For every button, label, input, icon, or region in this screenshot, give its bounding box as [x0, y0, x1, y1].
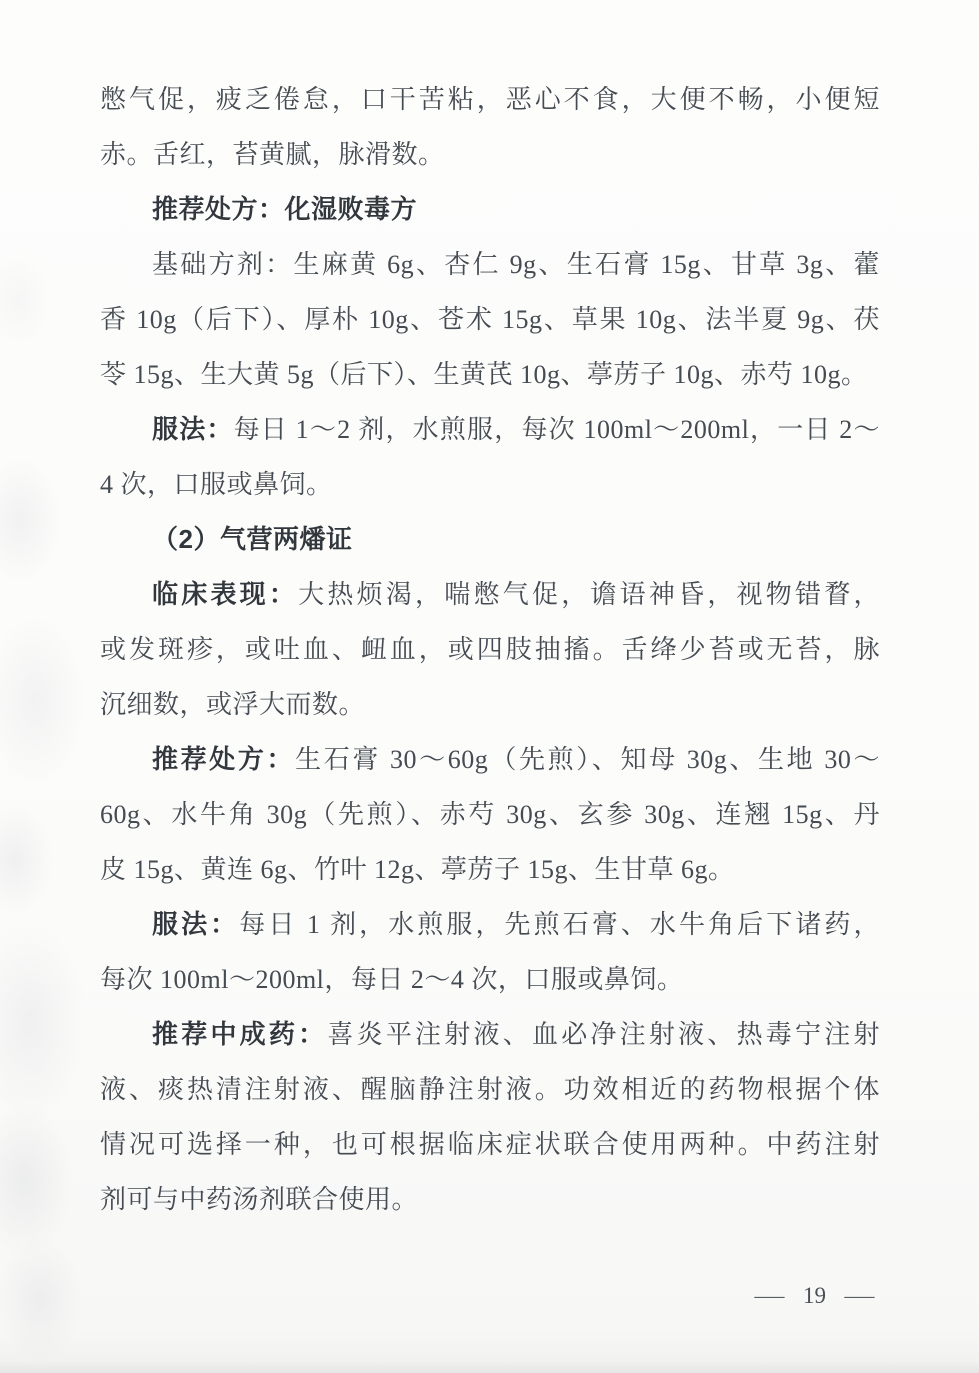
text-line: （2）气营两燔证 [100, 512, 880, 567]
text-segment: 每日 1 剂，水煎服，先煎石膏、水牛角后下诸药， [239, 910, 880, 939]
text-line: 情况可选择一种，也可根据临床症状联合使用两种。中药注射 [100, 1117, 880, 1172]
footer-dash-right: — [845, 1283, 875, 1309]
text-line: 推荐处方：生石膏 30～60g（先煎）、知母 30g、生地 30～ [100, 732, 880, 787]
text-line: 推荐处方：化湿败毒方 [100, 182, 880, 237]
text-segment: 苓 15g、生大黄 5g（后下）、生黄芪 10g、葶苈子 10g、赤芍 10g。 [100, 360, 868, 389]
text-segment: 大热烦渴，喘憋气促，谵语神昏，视物错瞀， [298, 580, 880, 609]
text-segment: 4 次，口服或鼻饲。 [100, 470, 333, 499]
text-segment: 沉细数，或浮大而数。 [100, 690, 365, 719]
paragraph-recommended-prescription-2: 推荐处方：生石膏 30～60g（先煎）、知母 30g、生地 30～60g、水牛角… [100, 732, 880, 897]
bold-label: 推荐处方：化湿败毒方 [152, 194, 417, 224]
text-line: 剂可与中药汤剂联合使用。 [100, 1172, 880, 1227]
text-segment: 每次 100ml～200ml，每日 2～4 次，口服或鼻饲。 [100, 965, 683, 994]
page-number: 19 [803, 1283, 826, 1309]
bold-label: 临床表现： [152, 579, 298, 609]
text-segment: 情况可选择一种，也可根据临床症状联合使用两种。中药注射 [100, 1130, 880, 1159]
text-segment: 喜炎平注射液、血必净注射液、热毒宁注射 [327, 1020, 880, 1049]
paragraph-base-formula: 基础方剂：生麻黄 6g、杏仁 9g、生石膏 15g、甘草 3g、藿香 10g（后… [100, 237, 880, 402]
text-segment: 基础方剂：生麻黄 6g、杏仁 9g、生石膏 15g、甘草 3g、藿 [152, 250, 880, 279]
bold-label: 推荐中成药： [152, 1019, 327, 1049]
text-line: 赤。舌红，苔黄腻，脉滑数。 [100, 127, 880, 182]
text-line: 憋气促，疲乏倦怠，口干苦粘，恶心不食，大便不畅，小便短 [100, 72, 880, 127]
page-bottom-edge-shadow [0, 1361, 979, 1373]
bold-label: 推荐处方： [152, 744, 295, 774]
page-footer: — 19 — [758, 1283, 871, 1309]
paragraph-recommended-patent-medicines: 推荐中成药：喜炎平注射液、血必净注射液、热毒宁注射液、痰热清注射液、醒脑静注射液… [100, 1007, 880, 1227]
footer-dash-left: — [755, 1283, 785, 1309]
paragraph-section-heading-qiying-liangfan: （2）气营两燔证 [100, 512, 880, 567]
bold-label: （2）气营两燔证 [152, 524, 352, 554]
text-line: 60g、水牛角 30g（先煎）、赤芍 30g、玄参 30g、连翘 15g、丹 [100, 787, 880, 842]
text-line: 或发斑疹，或吐血、衄血，或四肢抽搐。舌绛少苔或无苔，脉 [100, 622, 880, 677]
text-segment: 生石膏 30～60g（先煎）、知母 30g、生地 30～ [295, 745, 880, 774]
text-segment: 60g、水牛角 30g（先煎）、赤芍 30g、玄参 30g、连翘 15g、丹 [100, 800, 880, 829]
paragraph-administration-method-2: 服法：每日 1 剂，水煎服，先煎石膏、水牛角后下诸药，每次 100ml～200m… [100, 897, 880, 1007]
text-line: 沉细数，或浮大而数。 [100, 677, 880, 732]
paragraph-clinical-symptoms-continued: 憋气促，疲乏倦怠，口干苦粘，恶心不食，大便不畅，小便短赤。舌红，苔黄腻，脉滑数。 [100, 72, 880, 182]
text-line: 苓 15g、生大黄 5g（后下）、生黄芪 10g、葶苈子 10g、赤芍 10g。 [100, 347, 880, 402]
text-segment: 赤。舌红，苔黄腻，脉滑数。 [100, 140, 445, 169]
paragraph-clinical-manifestations: 临床表现：大热烦渴，喘憋气促，谵语神昏，视物错瞀，或发斑疹，或吐血、衄血，或四肢… [100, 567, 880, 732]
text-line: 每次 100ml～200ml，每日 2～4 次，口服或鼻饲。 [100, 952, 880, 1007]
text-segment: 香 10g（后下）、厚朴 10g、苍术 15g、草果 10g、法半夏 9g、茯 [100, 305, 880, 334]
text-line: 服法：每日 1 剂，水煎服，先煎石膏、水牛角后下诸药， [100, 897, 880, 952]
paragraph-recommended-prescription-huashibaidu-heading: 推荐处方：化湿败毒方 [100, 182, 880, 237]
text-line: 香 10g（后下）、厚朴 10g、苍术 15g、草果 10g、法半夏 9g、茯 [100, 292, 880, 347]
text-line: 临床表现：大热烦渴，喘憋气促，谵语神昏，视物错瞀， [100, 567, 880, 622]
scanned-document-page: { "page": { "number": "19", "dash": "—" … [0, 0, 979, 1373]
text-line: 4 次，口服或鼻饲。 [100, 457, 880, 512]
text-segment: 憋气促，疲乏倦怠，口干苦粘，恶心不食，大便不畅，小便短 [100, 85, 880, 114]
text-line: 皮 15g、黄连 6g、竹叶 12g、葶苈子 15g、生甘草 6g。 [100, 842, 880, 897]
text-line: 基础方剂：生麻黄 6g、杏仁 9g、生石膏 15g、甘草 3g、藿 [100, 237, 880, 292]
text-line: 液、痰热清注射液、醒脑静注射液。功效相近的药物根据个体 [100, 1062, 880, 1117]
text-segment: 或发斑疹，或吐血、衄血，或四肢抽搐。舌绛少苔或无苔，脉 [100, 635, 880, 664]
text-line: 推荐中成药：喜炎平注射液、血必净注射液、热毒宁注射 [100, 1007, 880, 1062]
paragraph-administration-method-1: 服法：每日 1～2 剂，水煎服，每次 100ml～200ml，一日 2～4 次，… [100, 402, 880, 512]
bold-label: 服法： [152, 909, 239, 939]
text-line: 服法：每日 1～2 剂，水煎服，每次 100ml～200ml，一日 2～ [100, 402, 880, 457]
text-segment: 皮 15g、黄连 6g、竹叶 12g、葶苈子 15g、生甘草 6g。 [100, 855, 735, 884]
text-segment: 每日 1～2 剂，水煎服，每次 100ml～200ml，一日 2～ [234, 415, 880, 444]
bold-label: 服法： [152, 414, 234, 444]
text-segment: 剂可与中药汤剂联合使用。 [100, 1185, 418, 1214]
text-segment: 液、痰热清注射液、醒脑静注射液。功效相近的药物根据个体 [100, 1075, 880, 1104]
document-body: 憋气促，疲乏倦怠，口干苦粘，恶心不食，大便不畅，小便短赤。舌红，苔黄腻，脉滑数。… [100, 72, 880, 1227]
